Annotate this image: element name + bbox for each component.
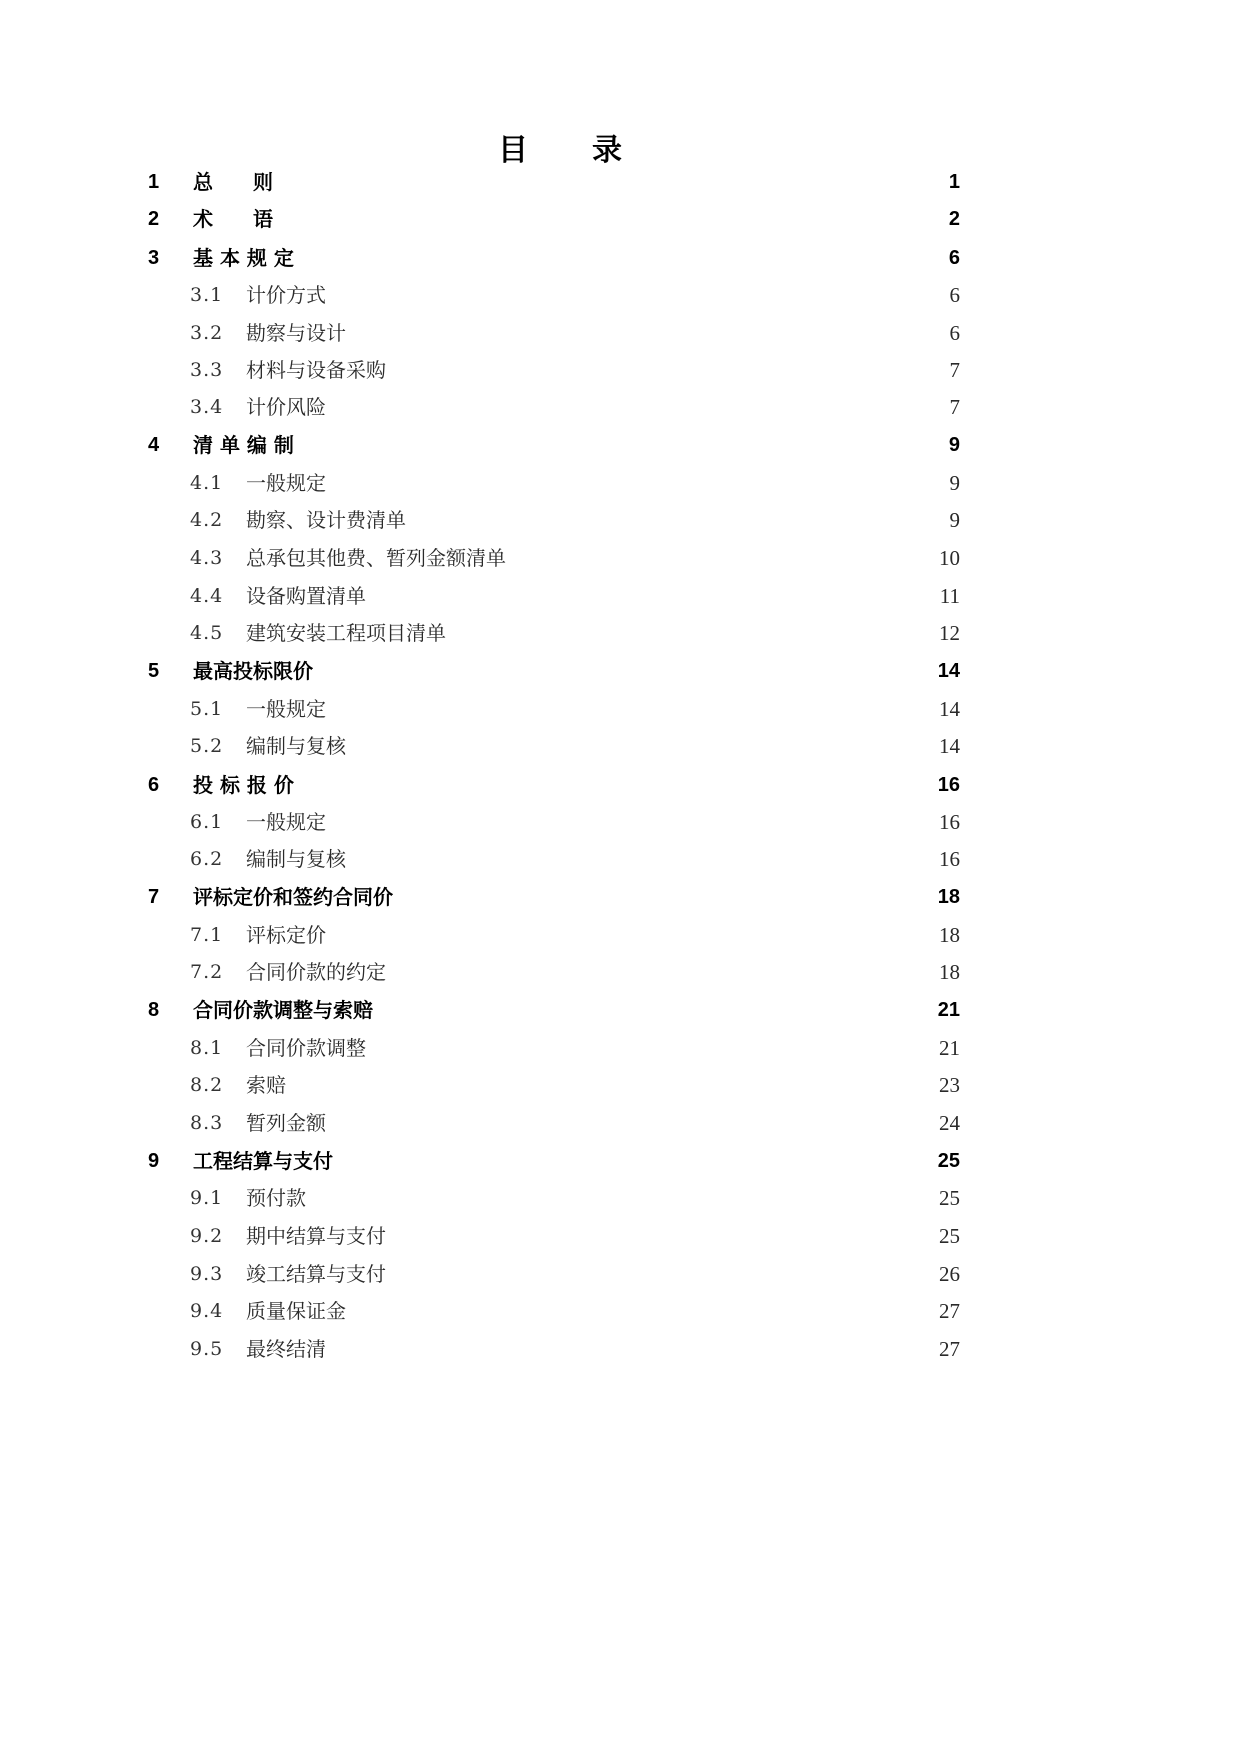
toc-section-entry[interactable]: 9.3竣工结算与支付26 xyxy=(0,1259,1240,1289)
toc-section-entry[interactable]: 9.4质量保证金27 xyxy=(0,1296,1240,1326)
document-page: 目录 1总 则12术 语23基 本 规 定63.1计价方式63.2勘察与设计63… xyxy=(0,0,1240,1754)
toc-entry-page-number: 6 xyxy=(949,280,961,310)
toc-section-entry[interactable]: 6.1一般规定16 xyxy=(0,807,1240,837)
toc-entry-number: 9.5 xyxy=(190,1334,223,1364)
toc-section-entry[interactable]: 3.1计价方式6 xyxy=(0,280,1240,310)
toc-entry-page-number: 18 xyxy=(938,957,960,987)
toc-entry-number: 4.2 xyxy=(190,505,223,535)
toc-entry-number: 8 xyxy=(148,995,159,1025)
dot-leader xyxy=(246,392,960,422)
toc-chapter-entry[interactable]: 2术 语2 xyxy=(0,204,1240,234)
toc-entry-label: 预付款 xyxy=(246,1183,307,1213)
toc-entry-number: 8.3 xyxy=(190,1108,223,1138)
toc-entry-number: 9 xyxy=(148,1146,159,1176)
dot-leader xyxy=(246,280,960,310)
toc-entry-page-number: 26 xyxy=(938,1259,960,1289)
toc-entry-label: 设备购置清单 xyxy=(246,581,367,611)
toc-section-entry[interactable]: 7.2合同价款的约定18 xyxy=(0,957,1240,987)
dot-leader xyxy=(246,1070,960,1100)
toc-entry-page-number: 6 xyxy=(949,318,961,348)
toc-entry-number: 6 xyxy=(148,770,159,800)
toc-entry-number: 3.4 xyxy=(190,392,223,422)
toc-entry-page-number: 21 xyxy=(938,1033,960,1063)
toc-entry-number: 4.1 xyxy=(190,468,223,498)
toc-entry-number: 9.2 xyxy=(190,1221,223,1251)
dot-leader xyxy=(193,204,960,234)
toc-chapter-entry[interactable]: 5最高投标限价14 xyxy=(0,656,1240,686)
toc-entry-number: 7 xyxy=(148,882,159,912)
toc-entry-page-number: 16 xyxy=(938,844,960,874)
toc-entry-page-number: 11 xyxy=(939,581,960,611)
toc-entry-page-number: 7 xyxy=(949,355,961,385)
dot-leader xyxy=(246,844,960,874)
toc-entry-number: 8.1 xyxy=(190,1033,223,1063)
toc-entry-number: 5.2 xyxy=(190,731,223,761)
toc-entry-label: 计价风险 xyxy=(246,392,327,422)
toc-entry-number: 6.2 xyxy=(190,844,223,874)
toc-entry-label: 总承包其他费、暂列金额清单 xyxy=(246,543,507,573)
toc-section-entry[interactable]: 8.3暂列金额24 xyxy=(0,1108,1240,1138)
toc-entry-label: 合同价款调整 xyxy=(246,1033,367,1063)
toc-entry-label: 暂列金额 xyxy=(246,1108,327,1138)
toc-chapter-entry[interactable]: 7评标定价和签约合同价18 xyxy=(0,882,1240,912)
toc-entry-number: 7.1 xyxy=(190,920,223,950)
toc-section-entry[interactable]: 5.1一般规定14 xyxy=(0,694,1240,724)
toc-entry-label: 一般规定 xyxy=(246,468,327,498)
toc-entry-number: 3 xyxy=(148,243,159,273)
toc-section-entry[interactable]: 9.1预付款25 xyxy=(0,1183,1240,1213)
toc-entry-label: 竣工结算与支付 xyxy=(246,1259,387,1289)
toc-entry-page-number: 12 xyxy=(938,618,960,648)
dot-leader xyxy=(193,770,960,800)
toc-entry-label: 一般规定 xyxy=(246,694,327,724)
toc-chapter-entry[interactable]: 8合同价款调整与索赔21 xyxy=(0,995,1240,1025)
toc-entry-number: 5.1 xyxy=(190,694,223,724)
toc-section-entry[interactable]: 3.4计价风险7 xyxy=(0,392,1240,422)
toc-section-entry[interactable]: 9.2期中结算与支付25 xyxy=(0,1221,1240,1251)
toc-entry-label: 质量保证金 xyxy=(246,1296,347,1326)
toc-entry-label: 编制与复核 xyxy=(246,731,347,761)
dot-leader xyxy=(246,1296,960,1326)
toc-entry-number: 9.4 xyxy=(190,1296,223,1326)
toc-entry-number: 9.1 xyxy=(190,1183,223,1213)
toc-chapter-entry[interactable]: 9工程结算与支付25 xyxy=(0,1146,1240,1176)
toc-entry-label: 勘察、设计费清单 xyxy=(246,505,407,535)
toc-entry-label: 评标定价和签约合同价 xyxy=(193,882,394,912)
toc-title-char-2: 录 xyxy=(592,131,622,171)
dot-leader xyxy=(246,318,960,348)
toc-title-char-1: 目 xyxy=(498,131,528,171)
toc-entry-page-number: 2 xyxy=(948,204,960,234)
toc-entry-label: 索赔 xyxy=(246,1070,287,1100)
toc-entry-number: 4.5 xyxy=(190,618,223,648)
toc-entry-number: 3.3 xyxy=(190,355,223,385)
toc-entry-label: 投 标 报 价 xyxy=(193,770,295,800)
dot-leader xyxy=(246,807,960,837)
toc-entry-page-number: 9 xyxy=(949,468,961,498)
toc-section-entry[interactable]: 3.3材料与设备采购7 xyxy=(0,355,1240,385)
toc-chapter-entry[interactable]: 4清 单 编 制9 xyxy=(0,430,1240,460)
toc-chapter-entry[interactable]: 6投 标 报 价16 xyxy=(0,770,1240,800)
toc-entry-label: 最高投标限价 xyxy=(193,656,314,686)
toc-entry-label: 材料与设备采购 xyxy=(246,355,387,385)
toc-entry-label: 建筑安装工程项目清单 xyxy=(246,618,447,648)
toc-entry-label: 合同价款的约定 xyxy=(246,957,387,987)
toc-entry-page-number: 25 xyxy=(938,1221,960,1251)
toc-section-entry[interactable]: 7.1评标定价18 xyxy=(0,920,1240,950)
toc-section-entry[interactable]: 4.5建筑安装工程项目清单12 xyxy=(0,618,1240,648)
dot-leader xyxy=(193,167,960,197)
toc-entry-page-number: 24 xyxy=(938,1108,960,1138)
toc-section-entry[interactable]: 8.2索赔23 xyxy=(0,1070,1240,1100)
toc-chapter-entry[interactable]: 1总 则1 xyxy=(0,167,1240,197)
toc-entry-label: 总 则 xyxy=(193,167,274,197)
toc-chapter-entry[interactable]: 3基 本 规 定6 xyxy=(0,243,1240,273)
toc-entry-label: 编制与复核 xyxy=(246,844,347,874)
toc-entry-label: 合同价款调整与索赔 xyxy=(193,995,374,1025)
toc-entry-page-number: 14 xyxy=(938,694,960,724)
toc-entry-number: 3.1 xyxy=(190,280,223,310)
toc-title: 目录 xyxy=(0,131,1120,171)
toc-entry-label: 工程结算与支付 xyxy=(193,1146,334,1176)
toc-section-entry[interactable]: 4.2勘察、设计费清单9 xyxy=(0,505,1240,535)
toc-entry-page-number: 18 xyxy=(937,882,960,912)
toc-section-entry[interactable]: 3.2勘察与设计6 xyxy=(0,318,1240,348)
toc-section-entry[interactable]: 4.1一般规定9 xyxy=(0,468,1240,498)
toc-entry-page-number: 25 xyxy=(937,1146,960,1176)
toc-entry-page-number: 16 xyxy=(937,770,960,800)
toc-entry-page-number: 27 xyxy=(938,1296,960,1326)
toc-entry-number: 7.2 xyxy=(190,957,223,987)
toc-entry-page-number: 14 xyxy=(938,731,960,761)
toc-entry-number: 5 xyxy=(148,656,159,686)
toc-section-entry[interactable]: 4.3总承包其他费、暂列金额清单10 xyxy=(0,543,1240,573)
dot-leader xyxy=(246,1334,960,1364)
toc-entry-number: 4.4 xyxy=(190,581,223,611)
toc-section-entry[interactable]: 8.1合同价款调整21 xyxy=(0,1033,1240,1063)
toc-entry-label: 清 单 编 制 xyxy=(193,430,295,460)
toc-entry-number: 3.2 xyxy=(190,318,223,348)
dot-leader xyxy=(246,920,960,950)
dot-leader xyxy=(193,243,960,273)
toc-entry-page-number: 23 xyxy=(938,1070,960,1100)
toc-entry-label: 基 本 规 定 xyxy=(193,243,295,273)
dot-leader xyxy=(246,694,960,724)
toc-entry-number: 8.2 xyxy=(190,1070,223,1100)
toc-entry-number: 4 xyxy=(148,430,159,460)
toc-entry-label: 评标定价 xyxy=(246,920,327,950)
dot-leader xyxy=(246,468,960,498)
toc-entry-number: 9.3 xyxy=(190,1259,223,1289)
toc-entry-number: 2 xyxy=(148,204,159,234)
toc-entry-label: 期中结算与支付 xyxy=(246,1221,387,1251)
dot-leader xyxy=(193,430,960,460)
toc-entry-label: 勘察与设计 xyxy=(246,318,347,348)
toc-entry-page-number: 9 xyxy=(948,430,960,460)
toc-entry-number: 1 xyxy=(148,167,159,197)
toc-section-entry[interactable]: 4.4设备购置清单11 xyxy=(0,581,1240,611)
toc-entry-page-number: 16 xyxy=(938,807,960,837)
toc-entry-label: 一般规定 xyxy=(246,807,327,837)
toc-entry-label: 计价方式 xyxy=(246,280,327,310)
toc-entry-page-number: 9 xyxy=(949,505,961,535)
dot-leader xyxy=(246,1183,960,1213)
toc-entry-page-number: 27 xyxy=(938,1334,960,1364)
toc-entry-label: 术 语 xyxy=(193,204,274,234)
toc-section-entry[interactable]: 5.2编制与复核14 xyxy=(0,731,1240,761)
dot-leader xyxy=(246,731,960,761)
toc-entry-page-number: 10 xyxy=(938,543,960,573)
toc-entry-label: 最终结清 xyxy=(246,1334,327,1364)
toc-entry-page-number: 21 xyxy=(937,995,960,1025)
toc-entry-page-number: 25 xyxy=(938,1183,960,1213)
toc-entry-page-number: 18 xyxy=(938,920,960,950)
toc-entry-page-number: 6 xyxy=(948,243,960,273)
toc-entry-number: 4.3 xyxy=(190,543,223,573)
toc-entry-page-number: 1 xyxy=(948,167,960,197)
toc-section-entry[interactable]: 6.2编制与复核16 xyxy=(0,844,1240,874)
toc-section-entry[interactable]: 9.5最终结清27 xyxy=(0,1334,1240,1364)
dot-leader xyxy=(246,1108,960,1138)
toc-entry-number: 6.1 xyxy=(190,807,223,837)
toc-entry-page-number: 7 xyxy=(949,392,961,422)
toc-entry-page-number: 14 xyxy=(937,656,960,686)
